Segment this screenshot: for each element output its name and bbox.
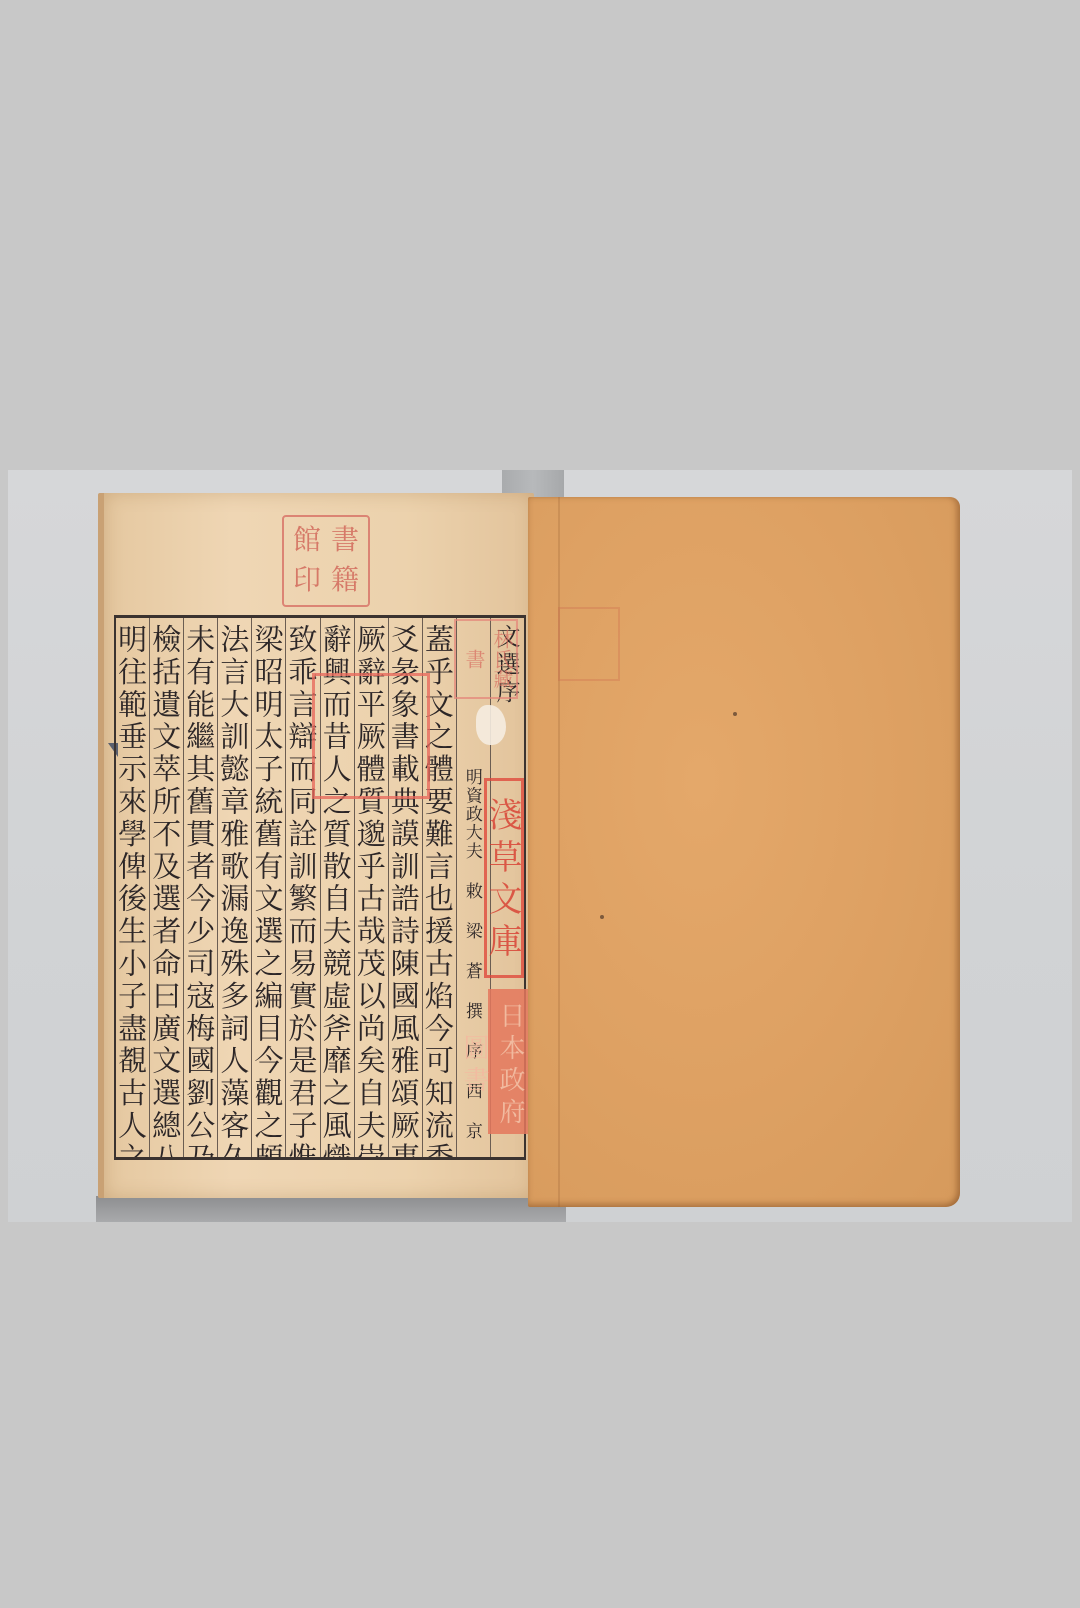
left-printed-page: 書 籍 館 印 文選序 明資政大夫 敕 梁 蒼 撰 序 西 京 節 部 尚 書 …: [98, 493, 534, 1198]
top-margin-seal: 書 籍 館 印: [282, 515, 370, 607]
asakusa-bunko-seal: 淺草文庫: [484, 778, 524, 978]
seal-char: 籍: [326, 561, 364, 601]
government-library-seal: 日本政府圖書: [488, 989, 528, 1134]
paper-spot: [733, 712, 737, 716]
text-column-8: 未有能繼其舊貫者今少司寇梅國劉公乃博稽群籍: [183, 618, 217, 1157]
text-column-10: 明往範垂示來學俾後生小子盡覩古人之擬不亦盛: [116, 618, 149, 1157]
text-column-6: 梁昭明太子統舊有文選之編目今觀之頗爲近古然: [251, 618, 285, 1157]
seal-char: 館: [288, 521, 326, 561]
center-seal: [312, 673, 430, 799]
text-column-7: 法言大訓懿章雅歌漏逸殊多詞人藻客久爲慨惜然: [217, 618, 251, 1157]
offset-seal-ghost: [558, 607, 620, 681]
seal-char: 印: [288, 561, 326, 601]
text-column-9: 檢括遺文萃所不及選者命曰廣文選總八十二卷宣: [149, 618, 183, 1157]
right-cover-page: [528, 497, 960, 1207]
cover-fold-line: [558, 497, 560, 1207]
spine-shadow-bottom: [96, 1196, 566, 1222]
paper-spot: [600, 915, 604, 919]
seal-char: 書: [326, 521, 364, 561]
title-seal: 林氏藏書: [454, 619, 518, 699]
paper-damage-spot: [476, 705, 506, 745]
